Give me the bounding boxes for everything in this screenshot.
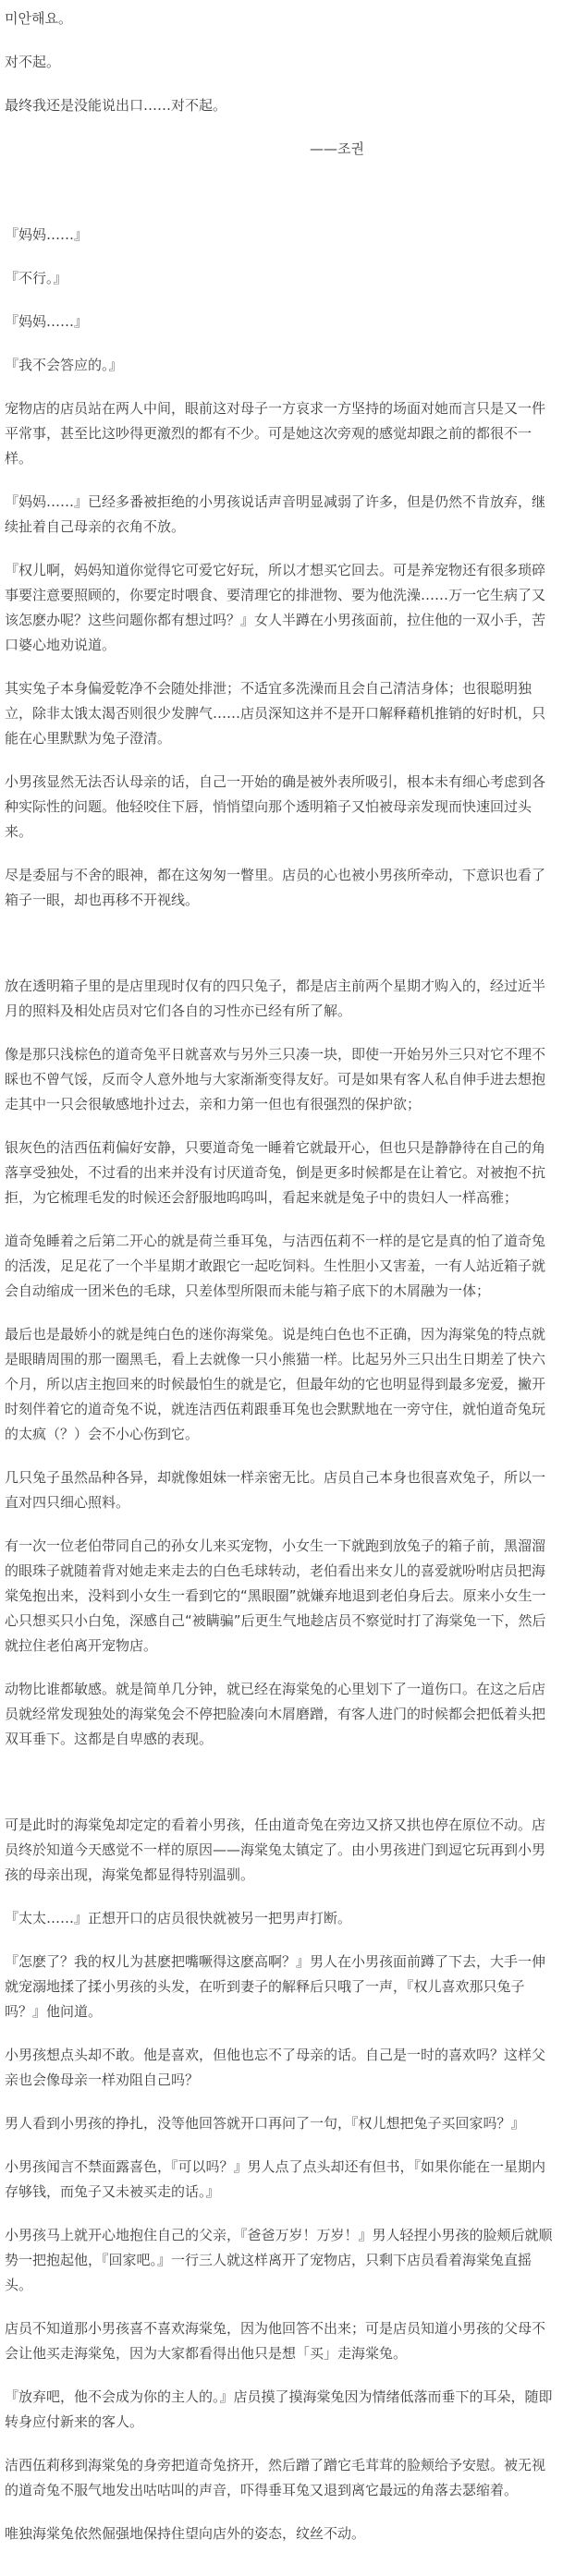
- story-paragraph: 宠物店的店员站在两人中间，眼前这对母子一方哀求一方坚持的场面对她而言只是又一件平…: [5, 396, 554, 471]
- story-paragraph: 尽是委屈与不舍的眼神，都在这匆匆一瞥里。店员的心也被小男孩所牵动，下意识也看了箱…: [5, 863, 554, 913]
- story-paragraph: 『权儿啊，妈妈知道你觉得它可爱它好玩，所以才想买它回去。可是养宠物还有很多琐碎事…: [5, 558, 554, 658]
- scene-break-gap: [5, 180, 554, 223]
- scene-break-gap: [5, 1770, 554, 1813]
- story-paragraph: 动物比谁都敏感。就是简单几分钟，就已经在海棠兔的心里划下了一道伤口。在这之后店员…: [5, 1677, 554, 1752]
- story-paragraph: 小男孩马上就开心地抱住自己的父亲，『爸爸万岁！万岁！』男人轻捏小男孩的脸颊后就顺…: [5, 2223, 554, 2298]
- story-paragraph: 道奇兔睡着之后第二开心的就是荷兰垂耳兔，与洁西伍莉不一样的是它是真的怕了道奇兔的…: [5, 1229, 554, 1304]
- story-paragraph: 放在透明箱子里的是店里现时仅有的四只兔子，都是店主前两个星期才购入的，经过近半月…: [5, 974, 554, 1024]
- story-paragraph: 小男孩想点头却不敢。他是喜欢，但他也忘不了母亲的话。自己是一时的喜欢吗？这样父亲…: [5, 2043, 554, 2093]
- story-paragraph: 最后也是最娇小的就是纯白色的迷你海棠兔。说是纯白色也不正确，因为海棠兔的特点就是…: [5, 1322, 554, 1447]
- story-paragraph: 有一次一位老伯带同自己的孙女儿来买宠物，小女生一下就跑到放兔子的箱子前，黑溜溜的…: [5, 1534, 554, 1659]
- story-paragraph: 『妈妈……』已经多番被拒绝的小男孩说话声音明显减弱了许多，但是仍然不肯放弃，继续…: [5, 490, 554, 540]
- story-content: 미안해요。对不起。最终我还是没能说出口……对不起。——조권『妈妈……』『不行。』…: [0, 0, 563, 2576]
- story-paragraph: 小男孩显然无法否认母亲的话，自己一开始的确是被外表所吸引，根本未有细心考虑到各种…: [5, 770, 554, 844]
- story-paragraph: 洁西伍莉移到海棠兔的身旁把道奇兔挤开，然后蹭了蹭它毛茸茸的脸颊给予安慰。被无视的…: [5, 2453, 554, 2503]
- story-paragraph: 미안해요。: [5, 6, 554, 31]
- story-paragraph: 『放弃吧，他不会成为你的主人的。』店员摸了摸海棠兔因为情绪低落而垂下的耳朵，随即…: [5, 2385, 554, 2435]
- story-paragraph: 『太太……』正想开口的店员很快就被另一把男声打断。: [5, 1906, 554, 1931]
- story-paragraph: 其实兔子本身偏爱乾净不会随处排泄；不适宜多洗澡而且会自己清洁身体；也很聪明独立，…: [5, 676, 554, 751]
- story-paragraph: 『不行。』: [5, 266, 554, 291]
- story-paragraph: 银灰色的洁西伍莉偏好安静，只要道奇兔一睡着它就最开心，但也只是静静待在自己的角落…: [5, 1136, 554, 1210]
- story-paragraph: 『妈妈……』: [5, 310, 554, 334]
- story-paragraph: 小男孩闻言不禁面露喜色，『可以吗？』男人点了点头却还有但书，『如果你能在一星期内…: [5, 2155, 554, 2205]
- story-paragraph: 『我不会答应的。』: [5, 353, 554, 378]
- story-paragraph: 对不起。: [5, 50, 554, 75]
- story-paragraph: 几只兔子虽然品种各异，却就像姐妹一样亲密无比。店员自己本身也很喜欢兔子，所以一直…: [5, 1465, 554, 1515]
- story-paragraph: 店员不知道那小男孩喜不喜欢海棠兔，因为他回答不出来；可是店员知道小男孩的父母不会…: [5, 2316, 554, 2366]
- story-paragraph: 可是此时的海棠兔却定定的看着小男孩，任由道奇兔在旁边又挤又拱也停在原位不动。店员…: [5, 1813, 554, 1888]
- quote-attribution: ——조권: [5, 137, 554, 162]
- story-paragraph: 男人看到小男孩的挣扎，没等他回答就开口再问了一句，『权儿想把兔子买回家吗？』: [5, 2111, 554, 2136]
- story-paragraph: 最终我还是没能说出口……对不起。: [5, 93, 554, 118]
- story-paragraph: 像是那只浅棕色的道奇兔平日就喜欢与另外三只凑一块，即使一开始另外三只对它不理不睬…: [5, 1042, 554, 1117]
- story-paragraph: 唯独海棠兔依然倔强地保持住望向店外的姿态，纹丝不动。: [5, 2521, 554, 2546]
- scene-break-gap: [5, 931, 554, 974]
- story-paragraph: 『怎麽了？我的权儿为甚麽把嘴噘得这麽高啊？』男人在小男孩面前蹲了下去，大手一伸就…: [5, 1950, 554, 2024]
- story-paragraph: 『妈妈……』: [5, 223, 554, 248]
